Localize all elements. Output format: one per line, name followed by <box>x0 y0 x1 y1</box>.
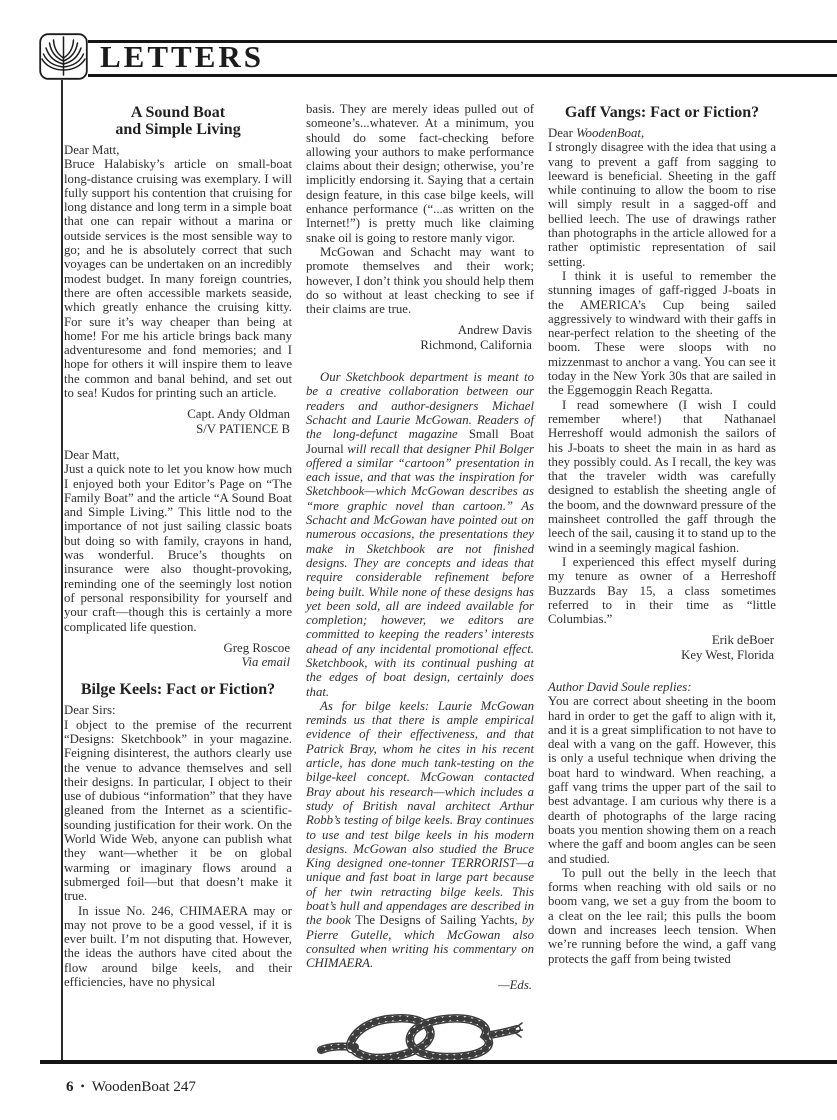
author-reply-label: Author David Soule replies: <box>548 680 776 694</box>
letters-columns: A Sound Boat and Simple Living Dear Matt… <box>64 102 776 1073</box>
signature-block: Capt. Andy Oldman S/V PATIENCE B <box>64 407 290 436</box>
bottom-page-rule <box>40 1060 837 1064</box>
signature-block: Erik deBoer Key West, Florida <box>548 633 774 662</box>
letter-body: Bruce Halabisky’s article on small-boat … <box>64 157 292 400</box>
letter-body: Just a quick note to let you know how mu… <box>64 462 292 634</box>
magazine-issue: WoodenBoat 247 <box>92 1079 196 1095</box>
letter-heading-sound-boat: A Sound Boat and Simple Living <box>64 104 292 138</box>
column-1: A Sound Boat and Simple Living Dear Matt… <box>64 102 292 1073</box>
signature-name: Andrew Davis <box>306 323 532 337</box>
left-page-rule <box>61 80 63 1060</box>
signature-name: Capt. Andy Oldman <box>64 407 290 421</box>
letter-body: I think it is useful to remember the stu… <box>548 269 776 398</box>
salutation: Dear Sirs: <box>64 703 292 717</box>
signature-name: Greg Roscoe <box>64 641 290 655</box>
editors-signature: —Eds. <box>306 978 532 992</box>
signature-name: Erik deBoer <box>548 633 774 647</box>
letter-body-continued: basis. They are merely ideas pulled out … <box>306 102 534 245</box>
page-title: LETTERS <box>100 41 264 73</box>
letter-heading-gaff-vangs: Gaff Vangs: Fact or Fiction? <box>548 104 776 121</box>
frond-logo-icon <box>39 33 88 80</box>
editor-reply-para: Our Sketchbook department is meant to be… <box>306 370 534 699</box>
heading-line-1: A Sound Boat <box>64 104 292 121</box>
magazine-letters-page: { "header": { "title": "LETTERS", "logo"… <box>0 0 837 1120</box>
letter-body: I strongly disagree with the idea that u… <box>548 140 776 269</box>
heading-line-2: and Simple Living <box>64 121 292 138</box>
signature-detail: Key West, Florida <box>548 648 774 662</box>
signature-detail: Via email <box>64 655 290 669</box>
signature-detail: S/V PATIENCE B <box>64 422 290 436</box>
salutation: Dear Matt, <box>64 448 292 462</box>
salutation: Dear WoodenBoat, <box>548 126 776 140</box>
letter-body: McGowan and Schacht may want to promote … <box>306 245 534 316</box>
letter-body: In issue No. 246, CHIMAERA may or may no… <box>64 904 292 990</box>
column-2: basis. They are merely ideas pulled out … <box>306 102 534 1073</box>
signature-block: Andrew Davis Richmond, California <box>306 323 532 352</box>
header-rule-bottom <box>87 74 837 78</box>
letter-body: I experienced this effect myself during … <box>548 555 776 626</box>
author-reply-body: You are correct about sheeting in the bo… <box>548 694 776 866</box>
salutation: Dear Matt, <box>64 143 292 157</box>
letter-heading-bilge-keels: Bilge Keels: Fact or Fiction? <box>64 681 292 698</box>
editor-reply-para: As for bilge keels: Laurie McGowan remin… <box>306 699 534 971</box>
footer-bullet: • <box>81 1079 85 1093</box>
signature-block: Greg Roscoe Via email <box>64 641 290 670</box>
page-number: 6 <box>66 1079 74 1095</box>
woodenboat-logo-icon <box>39 33 88 80</box>
author-reply-body: To pull out the belly in the leech that … <box>548 866 776 966</box>
page-footer: 6•WoodenBoat 247 <box>66 1079 196 1096</box>
letter-body: I object to the premise of the recurrent… <box>64 718 292 904</box>
column-3: Gaff Vangs: Fact or Fiction? Dear Wooden… <box>548 102 776 1073</box>
signature-detail: Richmond, California <box>306 338 532 352</box>
letter-body: I read somewhere (I wish I could remembe… <box>548 398 776 555</box>
